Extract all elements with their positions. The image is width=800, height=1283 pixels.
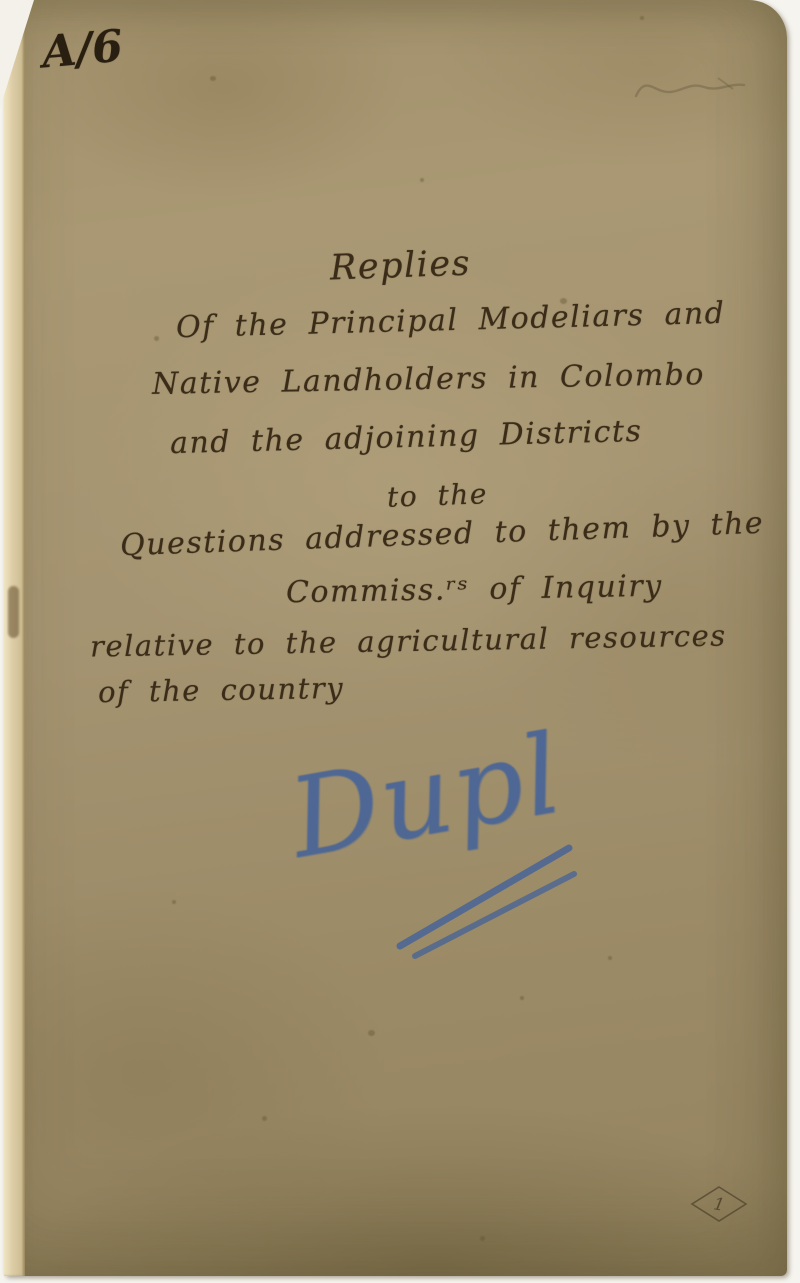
pencil-annotation [632,66,756,108]
shelfmark: A/6 [40,21,125,79]
duplicate-stamp: Dupl [282,728,602,968]
manuscript-line: and the adjoining Districts [170,414,643,461]
paper-stain [154,336,159,341]
scanned-manuscript: A/6 Replies Of the Principal Modeliars a… [0,0,800,1283]
paper-stain [262,1116,267,1121]
manuscript-line: Questions addressed to them by the [120,506,765,563]
manuscript-line: Native Landholders in Colombo [152,357,705,402]
manuscript-title: Replies [329,244,471,289]
paper-stain [698,640,703,645]
paper-stain [172,900,176,904]
paper-stain [608,956,612,960]
manuscript-line: relative to the agricultural resources [90,618,727,663]
manuscript-line: to the [386,477,488,514]
paper-stain [560,298,567,304]
manuscript-line: of the country [98,671,345,709]
paper-stain [520,996,524,1000]
page-number-lozenge: 1 [690,1185,748,1223]
manuscript-line: Of the Principal Modeliars and [176,296,726,345]
paper-stain [210,76,216,81]
binding-stain [8,586,19,638]
binding-edge [4,0,25,1276]
paper-stain [420,178,424,182]
paper-stain [480,1236,485,1241]
paper-stain [640,16,644,20]
manuscript-page: A/6 Replies Of the Principal Modeliars a… [4,0,787,1276]
manuscript-line: Commiss.ʳˢ of Inquiry [286,569,663,611]
paper-stain [368,1030,375,1036]
